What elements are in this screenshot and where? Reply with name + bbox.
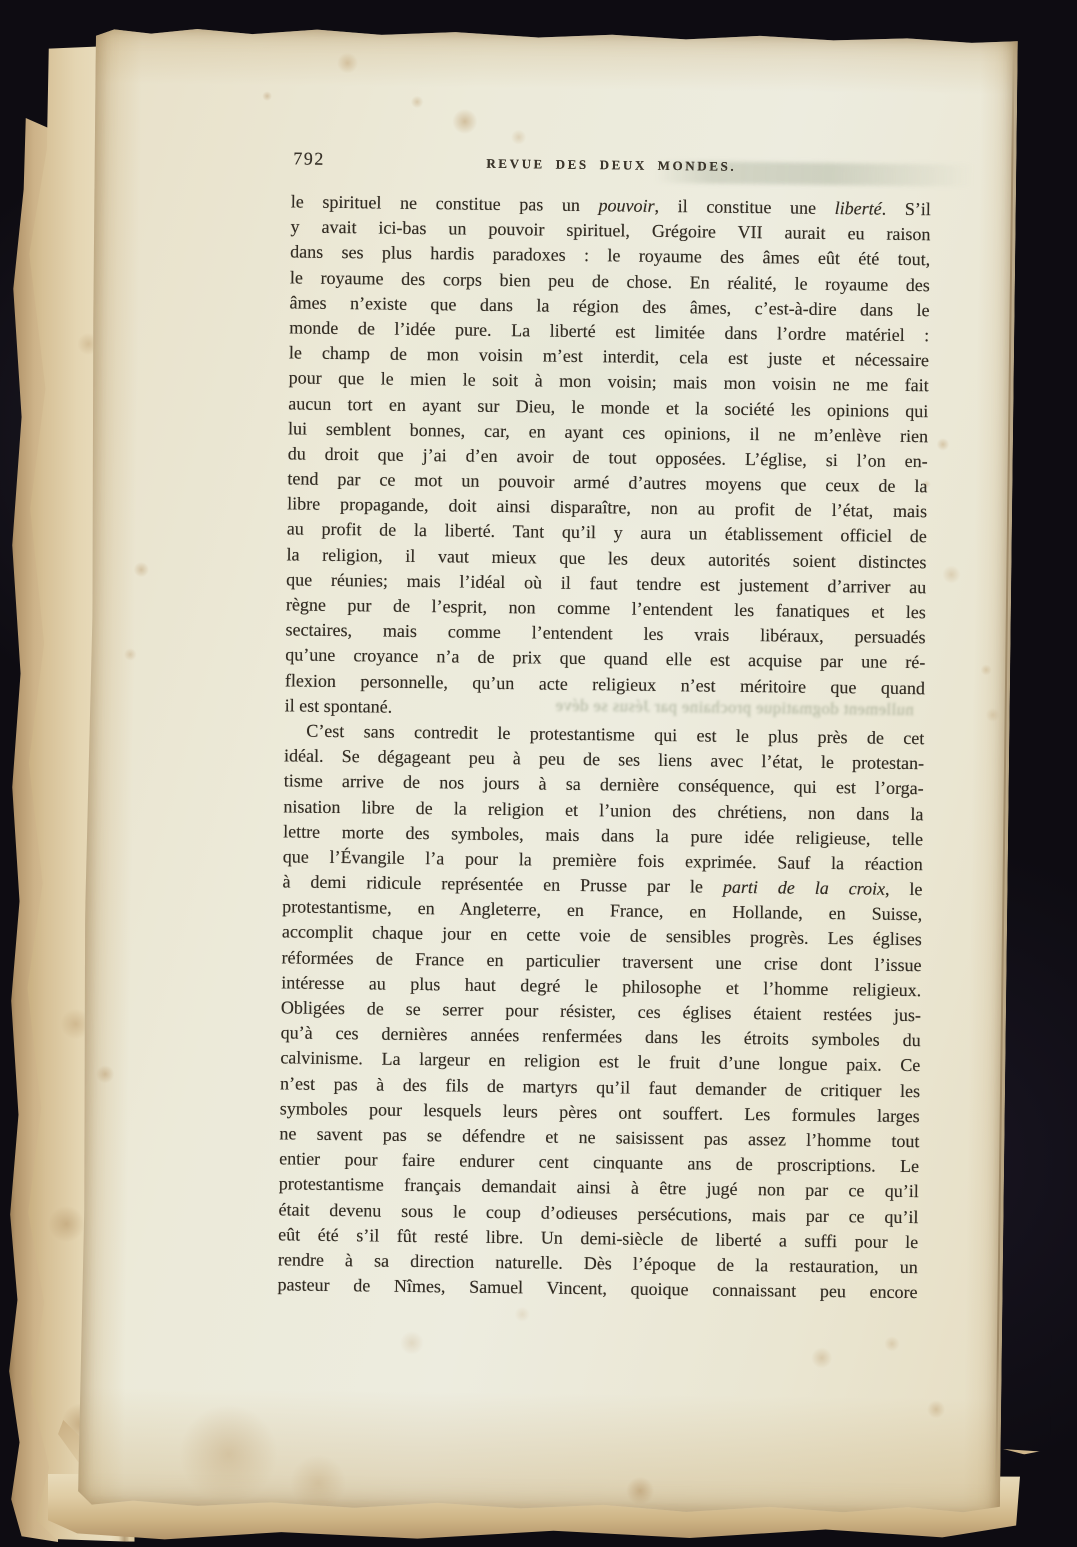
- text-segment: , il constitue une: [654, 196, 834, 218]
- text-segment: était devenu sous le coup d’odieuses per…: [278, 1199, 918, 1227]
- italic-text-segment: liberté: [835, 198, 882, 219]
- page-header: 792 REVUE DES DEUX MONDES.: [291, 148, 931, 182]
- text-segment: le spirituel ne constitue pas un: [291, 191, 599, 215]
- book-page: nullement dogmatique prochaine par Jésus…: [78, 24, 1018, 1517]
- italic-text-segment: parti de la croix: [723, 877, 885, 899]
- text-segment: accomplit chaque jour en cette voie de s…: [282, 922, 922, 950]
- text-segment: il est spontané.: [285, 695, 393, 716]
- text-segment: au profit de la liberté. Tant qu’il y au…: [287, 519, 927, 547]
- text-segment: aucun tort en ayant sur Dieu, le monde e…: [288, 393, 928, 421]
- text-segment: . S’il: [882, 199, 931, 220]
- text-segment: pasteur de Nîmes, Samuel Vincent, quoiqu…: [277, 1274, 917, 1302]
- page-body: le spirituel ne constitue pas un pouvoir…: [277, 189, 930, 1305]
- page-text-block: 792 REVUE DES DEUX MONDES. le spirituel …: [277, 148, 931, 1305]
- text-segment: tisme arrive de nos jours à sa dernière …: [284, 771, 924, 799]
- text-segment: nisation libre de la religion et l’union…: [283, 796, 923, 824]
- italic-text-segment: pouvoir: [598, 195, 654, 216]
- text-segment: à demi ridicule représentée en Prusse pa…: [282, 871, 723, 896]
- text-segment: dans ses plus hardis paradoxes : le roya…: [290, 242, 930, 270]
- text-segment: qu’une croyance n’a de prix que quand el…: [285, 645, 925, 673]
- text-segment: , le: [885, 879, 923, 899]
- text-segment: pour que le mien le soit à mon voisin; m…: [289, 368, 929, 396]
- text-segment: calvinisme. La largeur en religion est l…: [280, 1048, 920, 1076]
- running-title: REVUE DES DEUX MONDES.: [291, 148, 931, 177]
- book-photo-scene: nullement dogmatique prochaine par Jésus…: [0, 0, 1077, 1547]
- text-segment: protestantisme français demandait ainsi …: [279, 1174, 919, 1202]
- page-number: 792: [293, 148, 325, 169]
